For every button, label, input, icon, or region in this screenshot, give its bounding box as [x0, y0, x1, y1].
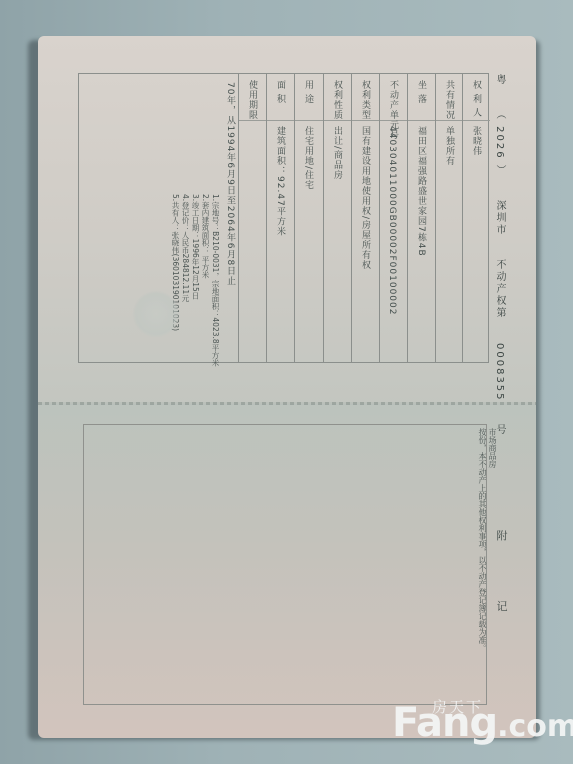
row-value-location: 福田区福强路盛世家园7栋4B [415, 126, 428, 257]
row-label-right-type: 权利类型 [359, 80, 372, 120]
row-value-right-nature: 出让/商品房 [331, 126, 344, 180]
column-divider [238, 74, 239, 362]
certificate-city: 深圳市 [492, 200, 507, 236]
note-line-4: 4.登记价：人民币284812.11元 [181, 194, 190, 302]
row-label-usage: 用 途 [302, 80, 315, 104]
column-divider [294, 74, 295, 362]
row-value-owner: 张晓伟 [470, 126, 483, 156]
column-divider [323, 74, 324, 362]
row-value-unit-number: 440304011000GB00002F00100002 [387, 126, 397, 315]
row-label-right-nature: 权利性质 [331, 80, 344, 120]
row-value-area: 建筑面积：92.47平方米 [274, 126, 287, 237]
row-value-term: 70年，从1994年6月9日至2064年6月8日止 [224, 82, 237, 286]
fang-watermark-logo: 房天下 Fang.com [392, 700, 573, 746]
row-value-usage: 住宅用地/住宅 [302, 126, 315, 190]
note-line-1: 1.宗地号：B210-0031，宗地面积：4023.8平方米 [211, 194, 220, 366]
row-label-term: 使用期限 [246, 80, 259, 120]
certificate-year: （ 2026 ） [492, 109, 507, 177]
column-divider [407, 74, 408, 362]
row-value-co-ownership: 单独所有 [443, 126, 456, 166]
watermark-cn: 房天下 [432, 696, 483, 717]
column-divider [379, 74, 380, 362]
row-label-co-ownership: 共有情况 [443, 80, 456, 120]
note-line-3: 3.竣工日期：1996年12月15日 [191, 194, 200, 299]
column-divider [266, 74, 267, 362]
watermark-tld: .com [497, 709, 573, 744]
province-abbrev: 粤 [492, 74, 507, 86]
certificate-type: 不动产权第 [492, 259, 507, 319]
official-seal [132, 290, 180, 338]
column-divider [351, 74, 352, 362]
certificate-number: 0008355 [494, 343, 505, 402]
column-divider [462, 74, 463, 362]
annex-title: 附 记 [493, 530, 509, 640]
row-label-location: 坐 落 [415, 80, 428, 104]
row-value-right-type: 国有建设用地使用权/房屋所有权 [359, 126, 372, 270]
label-divider [238, 120, 490, 121]
annex-line-2: 按份，本不动产上的其他权利事项，以不动产登记簿记载为准。 [477, 428, 487, 652]
row-label-owner: 权 利 人 [470, 80, 483, 118]
note-line-2: 2.套内建筑面积： 平方米 [201, 194, 210, 279]
column-divider [435, 74, 436, 362]
annex-frame [83, 424, 487, 705]
certificate-number-line: 粤 （ 2026 ） 深圳市 不动产权第 0008355 号 [492, 74, 507, 454]
row-label-area: 面 积 [274, 80, 287, 104]
page-fold [38, 402, 536, 405]
